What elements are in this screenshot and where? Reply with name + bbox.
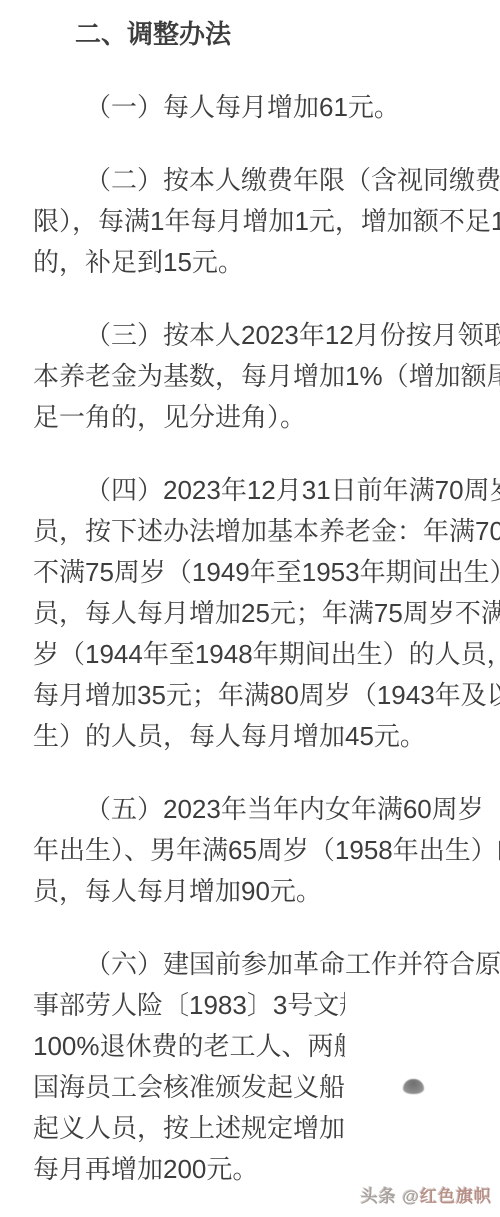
text-line: 员，每人每月增加25元；年满75周岁不满80周	[33, 593, 467, 634]
text-line: 年出生）、男年满65周岁（1958年出生）的人	[33, 830, 467, 871]
text-line: （一）每人每月增加61元。	[33, 87, 467, 128]
paragraph-3: （三）按本人2023年12月份按月领取的基本养老金为基数，每月增加1%（增加额尾…	[33, 315, 467, 438]
text-line: 足一角的，见分进角）。	[33, 397, 467, 438]
erased-region	[345, 984, 500, 1156]
text-line: 限），每满1年每月增加1元，增加额不足15元	[33, 201, 467, 242]
text-line: 每月增加35元；年满80周岁（1943年及以前出	[33, 675, 467, 716]
text-line: 不满75周岁（1949年至1953年期间出生）的人	[33, 552, 467, 593]
text-line: 员，每人每月增加90元。	[33, 871, 467, 912]
paragraph-5: （五）2023年当年内女年满60周岁（1963年出生）、男年满65周岁（1958…	[33, 789, 467, 912]
paragraph-4: （四）2023年12月31日前年满70周岁的人员，按下述办法增加基本养老金：年满…	[33, 470, 467, 757]
text-line: （二）按本人缴费年限（含视同缴费年	[33, 160, 467, 201]
section-heading: 二、调整办法	[33, 14, 467, 55]
watermark: 头条 @红色旗帜	[361, 1186, 492, 1208]
text-line: （五）2023年当年内女年满60周岁（1963	[33, 789, 467, 830]
text-line: 的，补足到15元。	[33, 242, 467, 283]
article-page: 二、调整办法 （一）每人每月增加61元。（二）按本人缴费年限（含视同缴费年限），…	[0, 0, 500, 1217]
smudge-icon	[403, 1079, 424, 1094]
text-line: 生）的人员，每人每月增加45元。	[33, 716, 467, 757]
paragraph-1: （一）每人每月增加61元。	[33, 87, 467, 128]
text-line: 员，按下述办法增加基本养老金：年满70周岁	[33, 511, 467, 552]
text-line: （六）建国前参加革命工作并符合原劳动人	[33, 944, 467, 985]
paragraph-2: （二）按本人缴费年限（含视同缴费年限），每满1年每月增加1元，增加额不足15元的…	[33, 160, 467, 283]
watermark-author: 红色旗帜	[420, 1187, 492, 1206]
text-line: （四）2023年12月31日前年满70周岁的人	[33, 470, 467, 511]
text-line: 本养老金为基数，每月增加1%（增加额尾数不	[33, 356, 467, 397]
text-line: （三）按本人2023年12月份按月领取的基	[33, 315, 467, 356]
text-line: 岁（1944年至1948年期间出生）的人员，每人	[33, 634, 467, 675]
watermark-source: 头条 @	[361, 1187, 420, 1206]
